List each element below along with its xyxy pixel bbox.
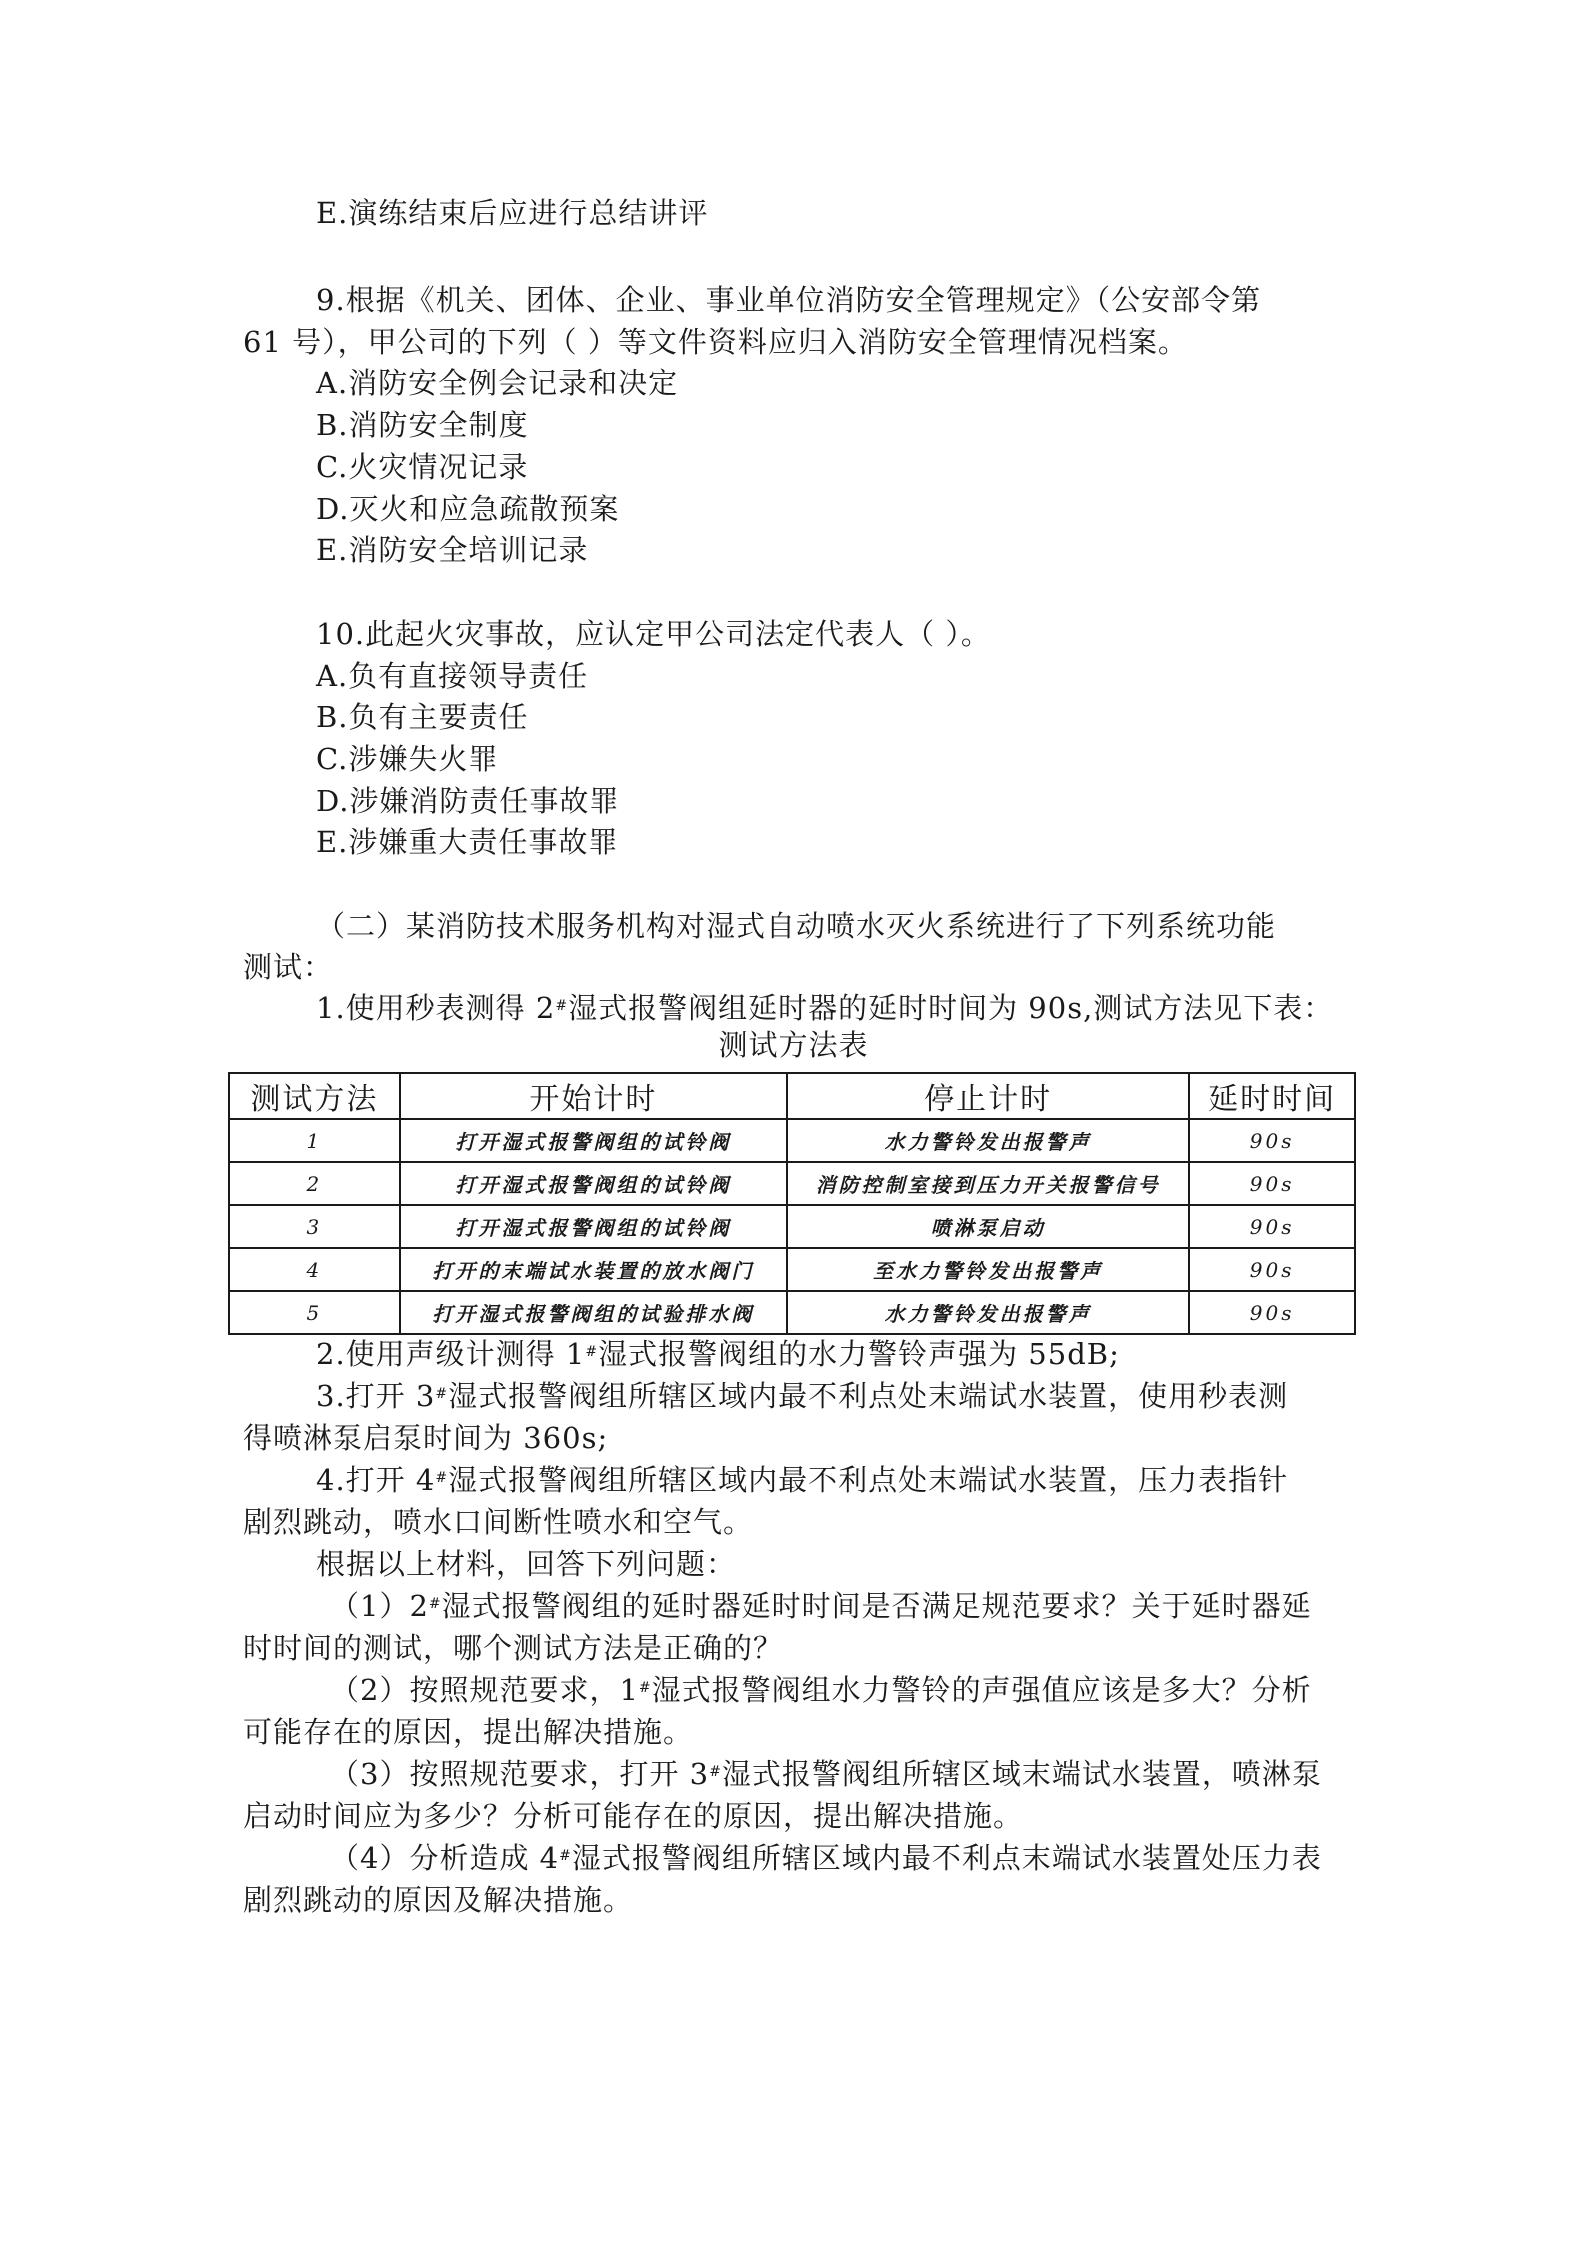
case2-item2: 2.使用声级计测得 1#湿式报警阀组的水力警铃声强为 55dB; xyxy=(316,1334,1120,1374)
table-row: 4 打开的末端试水装置的放水阀门 至水力警铃发出报警声 90s xyxy=(229,1248,1355,1291)
question-3: （3）按照规范要求，打开 3#湿式报警阀组所辖区域末端试水装置，喷淋泵 xyxy=(330,1754,1322,1794)
case2-intro-line1: （二）某消防技术服务机构对湿式自动喷水灭火系统进行了下列系统功能 xyxy=(316,906,1276,946)
q9-option-b: B.消防安全制度 xyxy=(316,405,529,445)
q8-option-e: E.演练结束后应进行总结讲评 xyxy=(316,193,708,233)
header-method: 测试方法 xyxy=(229,1073,400,1119)
case2-intro-line2: 测试： xyxy=(243,947,333,987)
document-page: E.演练结束后应进行总结讲评 9.根据《机关、团体、企业、事业单位消防安全管理规… xyxy=(0,0,1587,2245)
q10-option-c: C.涉嫌失火罪 xyxy=(316,739,498,779)
case2-prompt: 根据以上材料，回答下列问题： xyxy=(316,1544,736,1584)
test-method-table: 测试方法 开始计时 停止计时 延时时间 1 打开湿式报警阀组的试铃阀 水力警铃发… xyxy=(228,1072,1356,1335)
case2-item1: 1.使用秒表测得 2#湿式报警阀组延时器的延时时间为 90s,测试方法见下表： xyxy=(316,988,1333,1028)
header-start: 开始计时 xyxy=(400,1073,787,1119)
q9-option-a: A.消防安全例会记录和决定 xyxy=(316,363,678,403)
question-1: （1）2#湿式报警阀组的延时器延时时间是否满足规范要求？关于延时器延 xyxy=(330,1586,1312,1626)
table-row: 1 打开湿式报警阀组的试铃阀 水力警铃发出报警声 90s xyxy=(229,1119,1355,1162)
q10-stem: 10.此起火灾事故，应认定甲公司法定代表人（ ）。 xyxy=(316,614,991,654)
question-1-line2: 时时间的测试，哪个测试方法是正确的？ xyxy=(243,1628,783,1668)
question-4: （4）分析造成 4#湿式报警阀组所辖区域内最不利点末端试水装置处压力表 xyxy=(330,1838,1322,1878)
q9-option-d: D.灭火和应急疏散预案 xyxy=(316,489,619,529)
case2-item3: 3.打开 3#湿式报警阀组所辖区域内最不利点处末端试水装置，使用秒表测 xyxy=(316,1376,1288,1416)
question-2: （2）按照规范要求，1#湿式报警阀组水力警铃的声强值应该是多大？分析 xyxy=(330,1670,1312,1710)
table-row: 5 打开湿式报警阀组的试验排水阀 水力警铃发出报警声 90s xyxy=(229,1291,1355,1334)
case2-item4: 4.打开 4#湿式报警阀组所辖区域内最不利点处末端试水装置，压力表指针 xyxy=(316,1460,1288,1500)
q10-option-b: B.负有主要责任 xyxy=(316,697,529,737)
table-row: 2 打开湿式报警阀组的试铃阀 消防控制室接到压力开关报警信号 90s xyxy=(229,1162,1355,1205)
table-row: 3 打开湿式报警阀组的试铃阀 喷淋泵启动 90s xyxy=(229,1205,1355,1248)
case2-item4-line2: 剧烈跳动，喷水口间断性喷水和空气。 xyxy=(243,1502,753,1542)
header-delay: 延时时间 xyxy=(1189,1073,1355,1119)
question-3-line2: 启动时间应为多少？分析可能存在的原因，提出解决措施。 xyxy=(243,1796,1023,1836)
header-stop: 停止计时 xyxy=(787,1073,1189,1119)
q9-stem-line2: 61 号），甲公司的下列（ ）等文件资料应归入消防安全管理情况档案。 xyxy=(243,322,1188,362)
q10-option-d: D.涉嫌消防责任事故罪 xyxy=(316,781,619,821)
question-4-line2: 剧烈跳动的原因及解决措施。 xyxy=(243,1880,633,1920)
q10-option-e: E.涉嫌重大责任事故罪 xyxy=(316,822,618,862)
question-2-line2: 可能存在的原因，提出解决措施。 xyxy=(243,1712,693,1752)
q10-option-a: A.负有直接领导责任 xyxy=(316,656,588,696)
q9-stem-line1: 9.根据《机关、团体、企业、事业单位消防安全管理规定》（公安部令第 xyxy=(316,280,1261,320)
q9-option-e: E.消防安全培训记录 xyxy=(316,530,588,570)
q9-option-c: C.火灾情况记录 xyxy=(316,447,528,487)
case2-item3-line2: 得喷淋泵启泵时间为 360s; xyxy=(243,1418,608,1458)
table-caption: 测试方法表 xyxy=(0,1025,1587,1065)
table-header-row: 测试方法 开始计时 停止计时 延时时间 xyxy=(229,1073,1355,1119)
